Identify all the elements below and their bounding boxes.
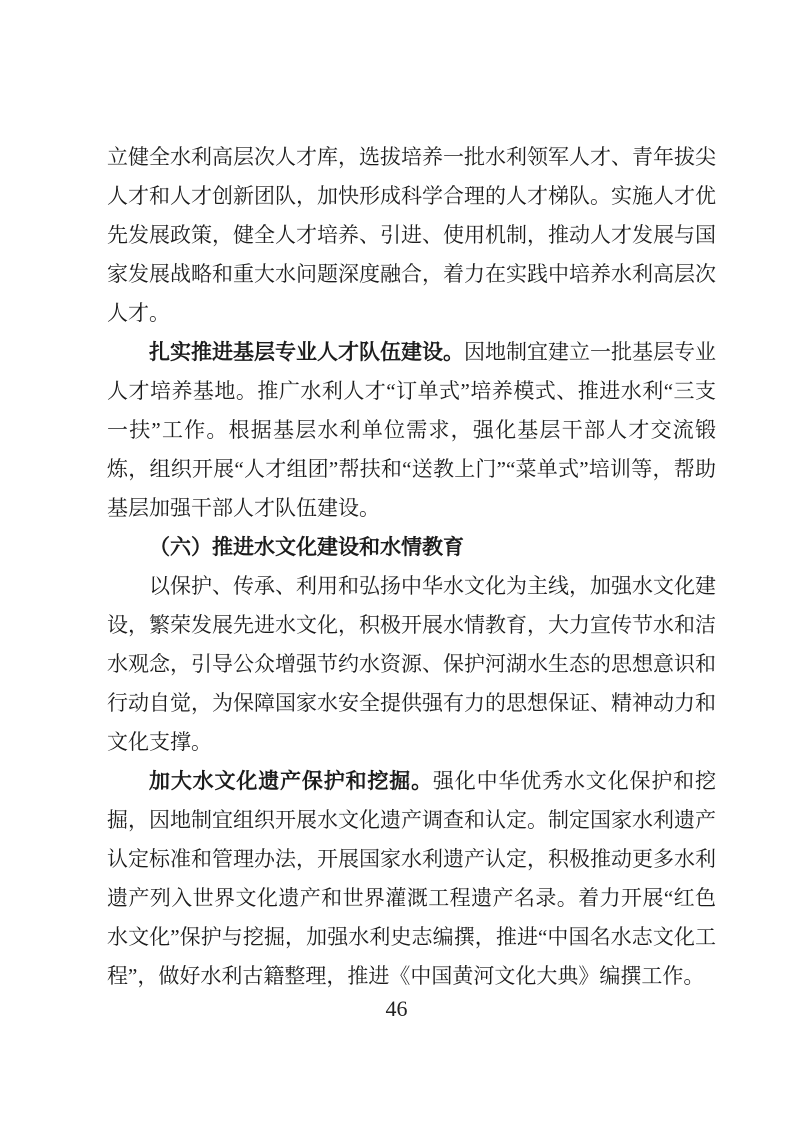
page-number: 46 [0,997,793,1021]
bold-text-segment: 扎实推进基层专业人才队伍建设。 [149,340,464,364]
section-heading-six: （六）推进水文化建设和水情教育 [107,528,716,567]
paragraph-talent-continuation: 立健全水利高层次人才库，选拔培养一批水利领军人才、青年拔尖人才和人才创新团队，加… [107,138,716,333]
text-segment: 因地制宜建立一批基层专业人才培养基地。推广水利人才“订单式”培养模式、推进水利“… [107,340,716,520]
document-page: 立健全水利高层次人才库，选拔培养一批水利领军人才、青年拔尖人才和人才创新团队，加… [0,0,793,1122]
bold-text-segment: 加大水文化遗产保护和挖掘。 [149,769,433,793]
paragraph-water-culture: 以保护、传承、利用和弘扬中华水文化为主线，加强水文化建设，繁荣发展先进水文化，积… [107,567,716,762]
bold-text-segment: （六）推进水文化建设和水情教育 [149,535,464,559]
paragraph-heritage-protection: 加大水文化遗产保护和挖掘。强化中华优秀水文化保护和挖掘，因地制宜组织开展水文化遗… [107,762,716,996]
text-segment: 强化中华优秀水文化保护和挖掘，因地制宜组织开展水文化遗产调查和认定。制定国家水利… [107,769,716,988]
text-segment: 立健全水利高层次人才库，选拔培养一批水利领军人才、青年拔尖人才和人才创新团队，加… [107,145,716,325]
document-body: 立健全水利高层次人才库，选拔培养一批水利领军人才、青年拔尖人才和人才创新团队，加… [107,138,716,996]
paragraph-grassroots-talent: 扎实推进基层专业人才队伍建设。因地制宜建立一批基层专业人才培养基地。推广水利人才… [107,333,716,528]
text-segment: 以保护、传承、利用和弘扬中华水文化为主线，加强水文化建设，繁荣发展先进水文化，积… [107,574,716,754]
